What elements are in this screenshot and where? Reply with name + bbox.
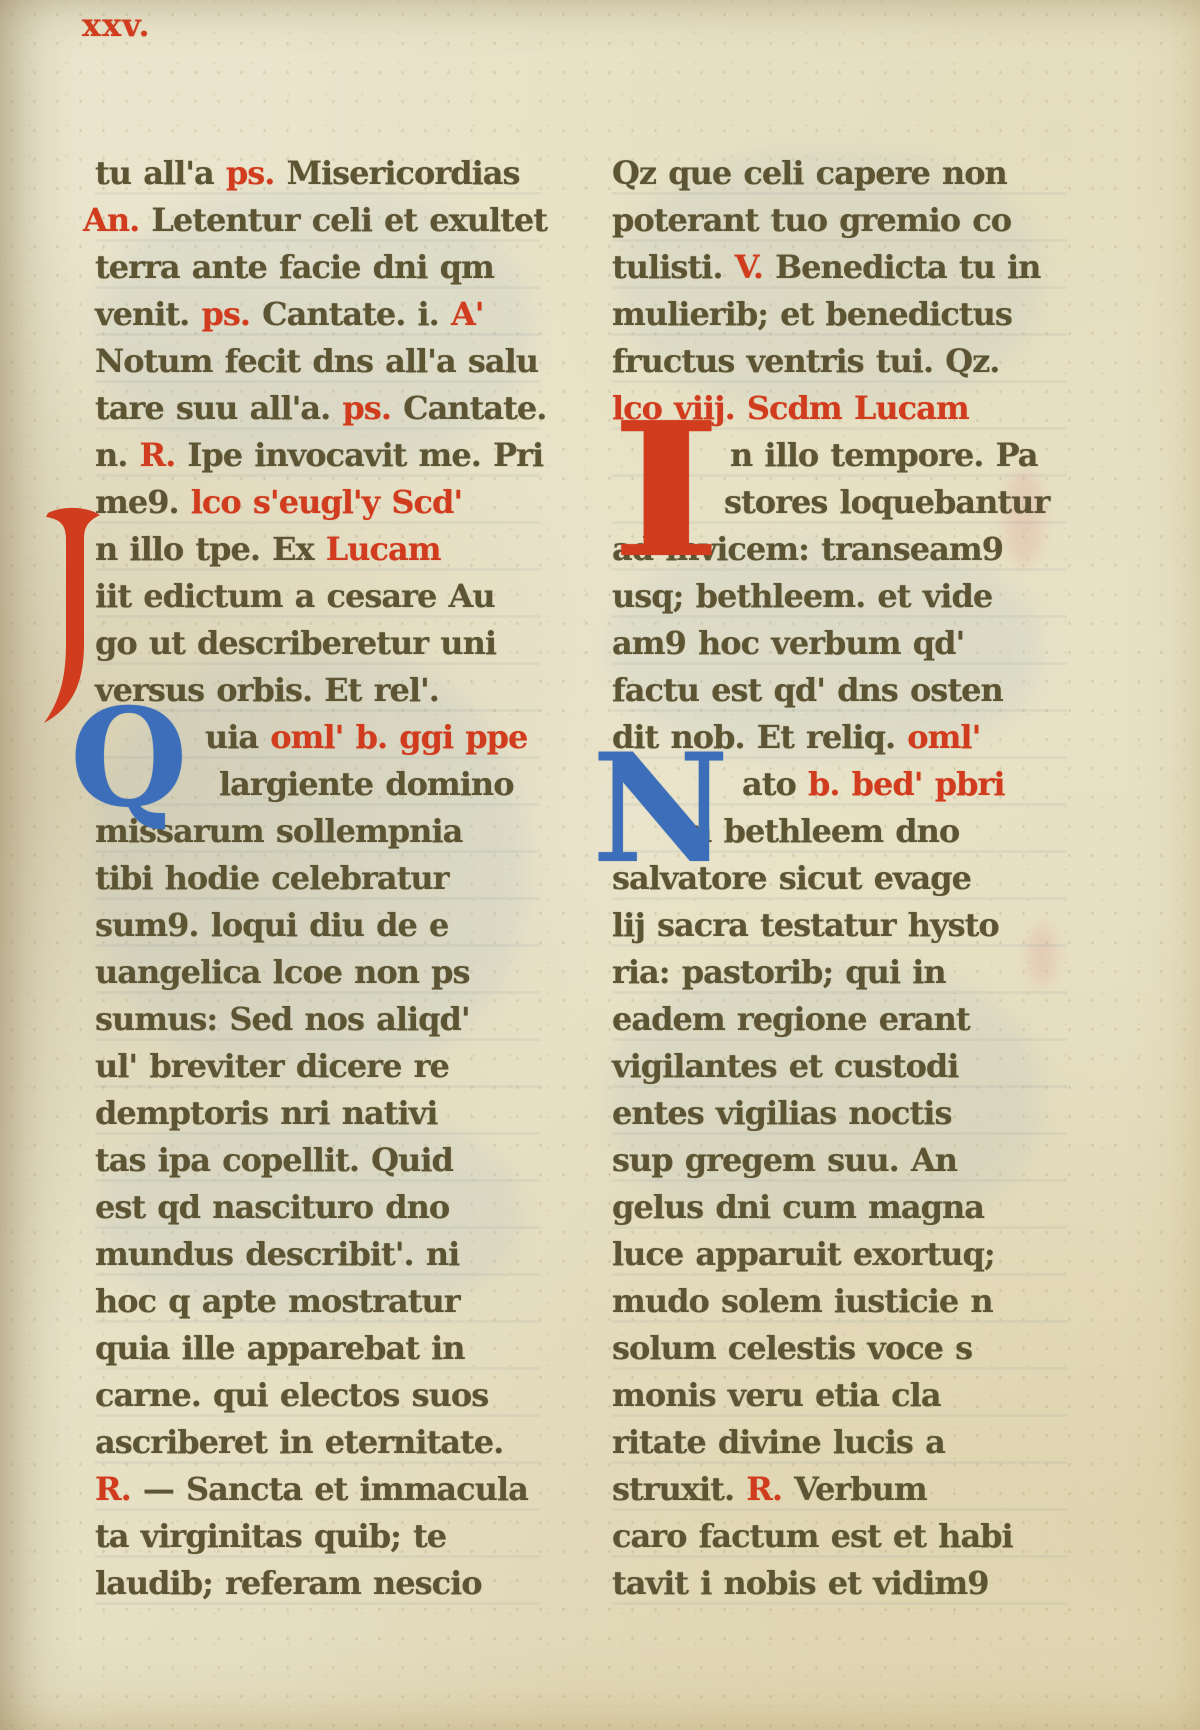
text-line: eadem regione erant [612,996,1067,1043]
text-run: mulierib; et benedictus [612,295,1012,333]
text-line: terra ante facie dni qm [95,244,540,291]
rubric-text-run: ps. [342,389,391,427]
text-line: mundus describit'. ni [95,1231,540,1278]
text-run: fructus ventris tui. Qz. [612,342,999,380]
text-line: caro factum est et habi [612,1513,1067,1560]
text-line: quia ille apparebat in [95,1325,540,1372]
text-run: laudib; referam nescio [95,1564,482,1602]
text-line: solum celestis voce s [612,1325,1067,1372]
text-line: tare suu all'a. ps. Cantate. [95,385,540,432]
text-run: monis veru etia cla [612,1376,941,1414]
text-line: sup gregem suu. An [612,1137,1067,1184]
text-line: tibi hodie celebratur [95,855,540,902]
text-line: monis veru etia cla [612,1372,1067,1419]
text-run: ul' breviter dicere re [95,1047,449,1085]
text-run: Ipe invocavit me. Pri [175,436,543,474]
text-line: ascriberet in eternitate. [95,1419,540,1466]
text-run: poterant tuo gremio co [612,201,1011,239]
text-run: carne. qui electos suos [95,1376,488,1414]
rubric-text-run: oml' [907,718,980,756]
text-run: Cantate. [391,389,546,427]
text-line: ul' breviter dicere re [95,1043,540,1090]
text-line: tas ipa copellit. Quid [95,1137,540,1184]
text-run: me9. [95,483,191,521]
text-line: n illo tpe. Ex Lucam [95,526,540,573]
text-line: hoc q apte mostratur [95,1278,540,1325]
text-run: ritate divine lucis a [612,1423,945,1461]
text-run: Notum fecit dns all'a salu [95,342,538,380]
text-run: venit. [95,295,201,333]
illuminated-initial-N: N [592,734,729,884]
text-run: tulisti. [612,248,735,286]
text-line: mudo solem iusticie n [612,1278,1067,1325]
text-run: tavit i nobis et vidim9 [612,1564,988,1602]
text-line: fructus ventris tui. Qz. [612,338,1067,385]
text-line: me9. lco s'eugl'y Scd' [95,479,540,526]
text-run: ascriberet in eternitate. [95,1423,503,1461]
text-run: factu est qd' dns osten [612,671,1003,709]
text-run: tare suu all'a. [95,389,342,427]
rubric-text-run: An. [83,201,139,239]
text-run: largiente domino [219,765,514,803]
text-run: luce apparuit exortuq; [612,1235,995,1273]
text-line: est qd nascituro dno [95,1184,540,1231]
illuminated-initial-Q: Q [70,690,188,825]
text-run: stores loquebantur [724,483,1049,521]
text-line: n. R. Ipe invocavit me. Pri [95,432,540,479]
text-run: Benedicta tu in [763,248,1040,286]
text-line: gelus dni cum magna [612,1184,1067,1231]
text-run: n illo tpe. Ex [95,530,326,568]
text-run: solum celestis voce s [612,1329,972,1367]
text-run: go ut describeretur uni [95,624,496,662]
text-run: tas ipa copellit. Quid [95,1141,453,1179]
text-run: tu all'a [95,154,226,192]
illuminated-initial-I: I [610,398,723,583]
text-run: hoc q apte mostratur [95,1282,460,1320]
text-line: uangelica lcoe non ps [95,949,540,996]
text-run: est qd nascituro dno [95,1188,449,1226]
text-run: lij sacra testatur hysto [612,906,999,944]
text-run: n illo tempore. Pa [730,436,1038,474]
text-line: carne. qui electos suos [95,1372,540,1419]
text-run: am9 hoc verbum qd' [612,624,964,662]
rubric-text-run: lco s'eugl'y Scd' [191,483,462,521]
text-line: iit edictum a cesare Au [95,573,540,620]
rubric-text-run: V. [735,248,763,286]
text-run: mundus describit'. ni [95,1235,459,1273]
text-line: luce apparuit exortuq; [612,1231,1067,1278]
text-line: venit. ps. Cantate. i. A' [95,291,540,338]
text-run: ato [742,765,808,803]
text-line: sum9. loqui diu de e [95,902,540,949]
text-line: tu all'a ps. Misericordias [95,150,540,197]
text-line: ta virginitas quib; te [95,1513,540,1560]
text-run: terra ante facie dni qm [95,248,494,286]
rubric-text-run: R. [140,436,176,474]
text-line: tulisti. V. Benedicta tu in [612,244,1067,291]
text-line: poterant tuo gremio co [612,197,1067,244]
text-run: quia ille apparebat in [95,1329,465,1367]
text-run: mudo solem iusticie n [612,1282,993,1320]
folio-number: xxv. [82,6,151,44]
rubric-text-run: Lucam [326,530,441,568]
text-run: struxit. [612,1470,746,1508]
text-line: lij sacra testatur hysto [612,902,1067,949]
text-run: Cantate. i. [250,295,451,333]
rubric-text-run: ps. [226,154,275,192]
text-run: ta virginitas quib; te [95,1517,446,1555]
text-line: demptoris nri nativi [95,1090,540,1137]
text-line: vigilantes et custodi [612,1043,1067,1090]
text-run: sum9. loqui diu de e [95,906,448,944]
text-run: uia [205,718,270,756]
text-run: caro factum est et habi [612,1517,1013,1555]
rubric-text-run: b. bed' pbri [808,765,1004,803]
text-run: Misericordias [274,154,519,192]
text-line: Qz que celi capere non [612,150,1067,197]
manuscript-page: xxv. tu all'a ps. MisericordiasAn. Leten… [0,0,1200,1730]
text-run: sumus: Sed nos aliqd' [95,1000,470,1038]
text-line: laudib; referam nescio [95,1560,540,1607]
text-line: An. Letentur celi et exultet [83,197,540,244]
text-line: am9 hoc verbum qd' [612,620,1067,667]
text-line: Notum fecit dns all'a salu [95,338,540,385]
text-run: tibi hodie celebratur [95,859,448,897]
text-run: iit edictum a cesare Au [95,577,495,615]
text-line: go ut describeretur uni [95,620,540,667]
text-line: entes vigilias noctis [612,1090,1067,1137]
text-run: eadem regione erant [612,1000,970,1038]
text-line: ritate divine lucis a [612,1419,1067,1466]
text-line: sumus: Sed nos aliqd' [95,996,540,1043]
text-line: R. — Sancta et immacula [95,1466,540,1513]
text-line: struxit. R. Verbum [612,1466,1067,1513]
text-run: vigilantes et custodi [612,1047,958,1085]
text-column-left: tu all'a ps. MisericordiasAn. Letentur c… [95,150,540,1607]
text-run: Letentur celi et exultet [139,201,547,239]
text-line: tavit i nobis et vidim9 [612,1560,1067,1607]
text-line: ria: pastorib; qui in [612,949,1067,996]
text-line: mulierib; et benedictus [612,291,1067,338]
rubric-text-run: oml' b. ggi ppe [270,718,527,756]
text-run: sup gregem suu. An [612,1141,957,1179]
text-line: factu est qd' dns osten [612,667,1067,714]
text-run: Verbum [782,1470,927,1508]
text-run: entes vigilias noctis [612,1094,951,1132]
rubric-text-run: ps. [201,295,250,333]
text-run: uangelica lcoe non ps [95,953,470,991]
rubric-text-run: R. [95,1470,131,1508]
rubric-text-run: A' [451,295,484,333]
text-run: ria: pastorib; qui in [612,953,946,991]
text-run: gelus dni cum magna [612,1188,984,1226]
text-run: Qz que celi capere non [612,154,1007,192]
text-run: demptoris nri nativi [95,1094,437,1132]
text-run: — Sancta et immacula [131,1470,528,1508]
text-run: n. [95,436,140,474]
rubric-text-run: R. [746,1470,782,1508]
